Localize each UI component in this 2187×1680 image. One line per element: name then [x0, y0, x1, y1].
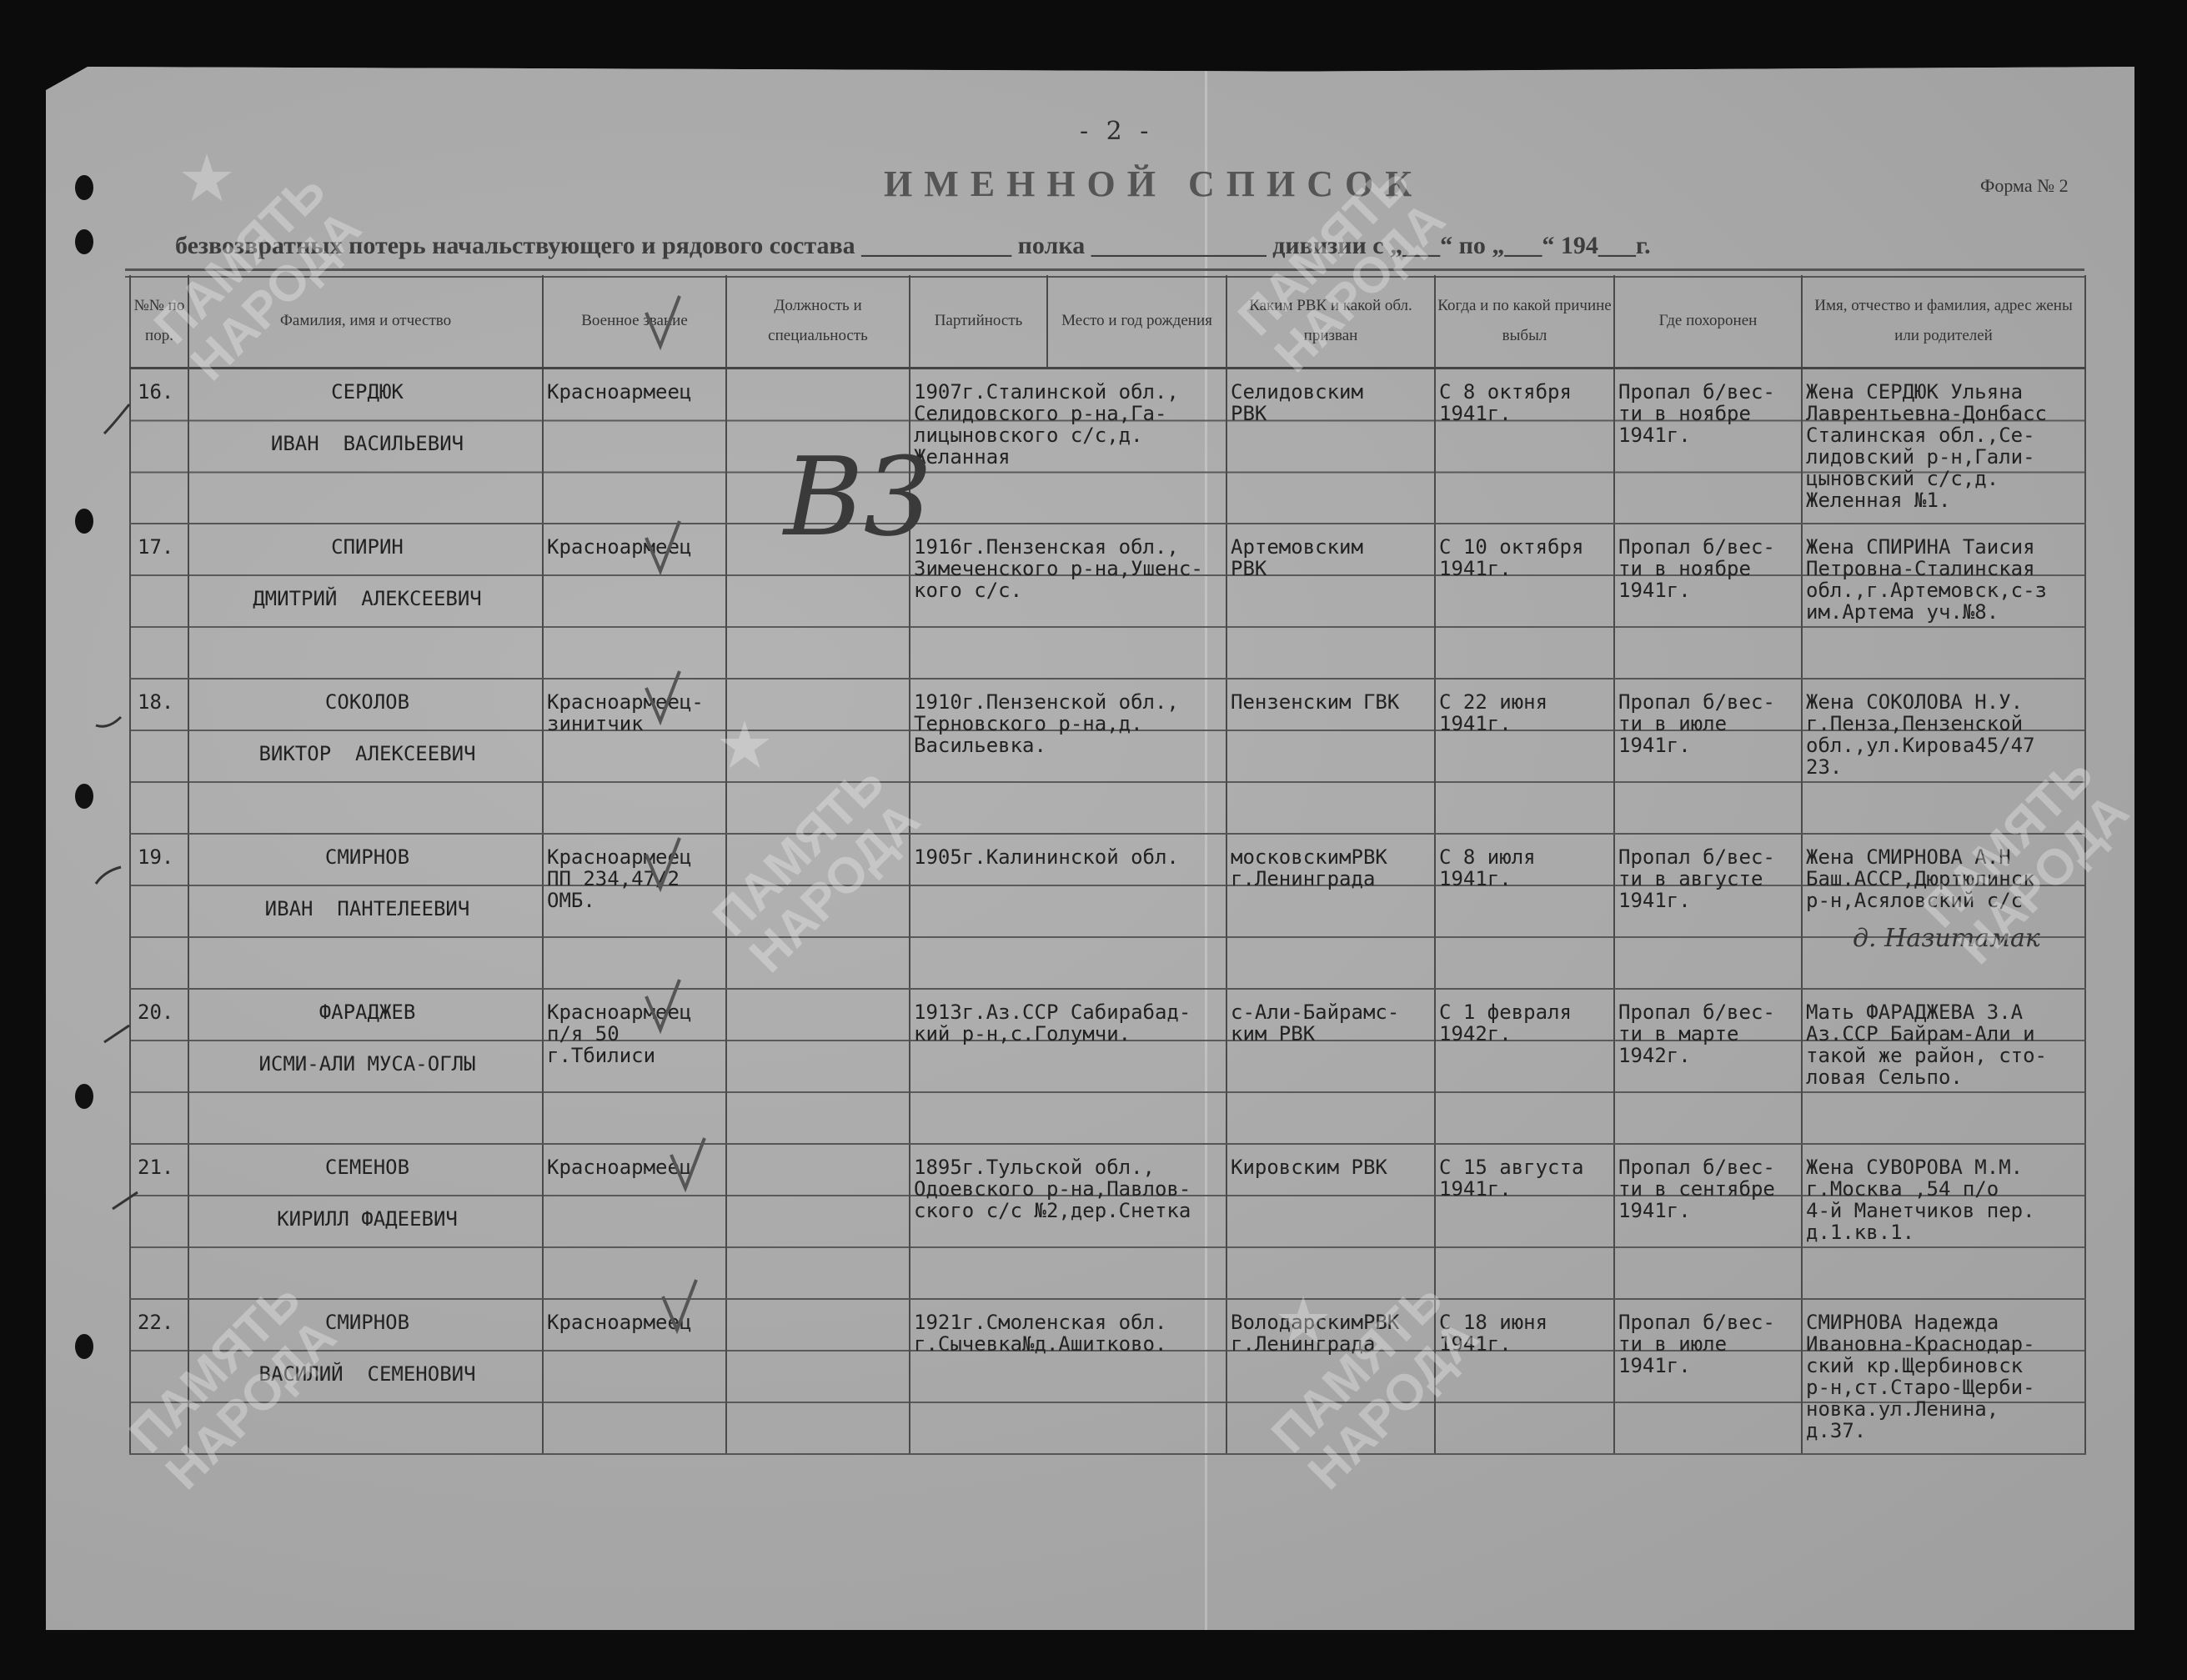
col-header-rank: Военное звание — [543, 275, 726, 369]
margin-tick-icon — [108, 1184, 142, 1217]
rank: Красноармеец — [544, 524, 725, 558]
col-header-relatives: Имя, отчество и фамилия, адрес жены или … — [1802, 275, 2085, 369]
table-row: 20. ФАРАДЖЕВИСМИ-АЛИ МУСА-ОГЛЫ Красноарм… — [130, 989, 2085, 1144]
birth-info: 1910г.Пензенской обл., Терновского р-на,… — [910, 680, 1226, 756]
table-row: 18. СОКОЛОВВИКТОР АЛЕКСЕЕВИЧ Красноармее… — [130, 679, 2085, 834]
rank: Красноармеец — [544, 369, 725, 403]
punch-hole — [75, 509, 93, 534]
left-date: С 8 октября 1941г. — [1436, 369, 1613, 424]
given-name: ИВАН ПАНТЕЛЕЕВИЧ — [189, 886, 542, 920]
burial: Пропал б/вес- ти в июле 1941г. — [1615, 1300, 1801, 1377]
rank: Красноармеец ПП 234,47/2 ОМБ. — [544, 835, 725, 911]
burial: Пропал б/вес- ти в ноябре 1941г. — [1615, 369, 1801, 446]
given-name: ВИКТОР АЛЕКСЕЕВИЧ — [189, 731, 542, 765]
relatives: Жена СЕРДЮК Ульяна Лаврентьевна-Донбасс … — [1803, 369, 2084, 511]
surname: ФАРАДЖЕВ — [189, 990, 542, 1023]
margin-tick-icon — [92, 859, 125, 892]
handwritten-mark: В3 — [784, 434, 932, 560]
col-header-birth: Место и год рождения — [1047, 275, 1226, 369]
left-date: С 1 февраля 1942г. — [1436, 990, 1613, 1045]
star-icon: ★ — [717, 684, 772, 790]
row-number: 19. — [131, 835, 188, 868]
col-header-when: Когда и по какой причине выбыл — [1435, 275, 1614, 369]
punch-hole — [75, 1334, 93, 1359]
margin-tick-icon — [100, 1017, 133, 1051]
punch-hole — [75, 229, 93, 254]
table-row: 16. СЕРДЮКИВАН ВАСИЛЬЕВИЧ Красноармеец 1… — [130, 369, 2085, 524]
given-name: ИВАН ВАСИЛЬЕВИЧ — [189, 421, 542, 454]
col-header-party: Партийность — [910, 275, 1047, 369]
col-header-rvk: Каким РВК и какой обл. призван — [1226, 275, 1435, 369]
col-header-number: №№ по пор. — [130, 275, 188, 369]
rvk: с-Али-Байрамс- ким РВК — [1227, 990, 1434, 1045]
checkmark-icon — [642, 975, 684, 1034]
punch-hole — [75, 1084, 93, 1109]
casualty-table: №№ по пор. Фамилия, имя и отчество Военн… — [129, 275, 2086, 1455]
relatives: Мать ФАРАДЖЕВА З.А Аз.ССР Байрам-Али и т… — [1803, 990, 2084, 1088]
position — [727, 990, 909, 1001]
burial: Пропал б/вес- ти в марте 1942г. — [1615, 990, 1801, 1066]
table-header-row: №№ по пор. Фамилия, имя и отчество Военн… — [130, 275, 2085, 369]
surname: СОКОЛОВ — [189, 680, 542, 713]
table-row: 22. СМИРНОВВАСИЛИЙ СЕМЕНОВИЧ Красноармее… — [130, 1299, 2085, 1454]
given-name: ВАСИЛИЙ СЕМЕНОВИЧ — [189, 1352, 542, 1385]
relatives: Жена СОКОЛОВА Н.У. г.Пенза,Пензенской об… — [1803, 680, 2084, 778]
row-number: 18. — [131, 680, 188, 713]
birth-info: 1913г.Аз.ССР Сабирабад- кий р-н,с.Голумч… — [910, 990, 1226, 1045]
checkmark-icon — [642, 292, 684, 350]
page-number: - 2 - — [1080, 117, 1153, 146]
rvk: Пензенским ГВК — [1227, 680, 1434, 713]
surname: СМИРНОВ — [189, 1300, 542, 1333]
punch-hole — [75, 784, 93, 809]
burial: Пропал б/вес- ти в ноябре 1941г. — [1615, 524, 1801, 601]
surname: СЕРДЮК — [189, 369, 542, 403]
checkmark-icon — [642, 834, 684, 892]
margin-tick-icon — [100, 400, 133, 442]
row-number: 17. — [131, 524, 188, 558]
rank: Красноармеец п/я 50 г.Тбилиси — [544, 990, 725, 1066]
relatives: Жена СПИРИНА Таисия Петровна-Сталинская … — [1803, 524, 2084, 623]
star-icon: ★ — [1276, 1259, 1331, 1366]
col-header-buried: Где похоронен — [1614, 275, 1802, 369]
given-name: ДМИТРИЙ АЛЕКСЕЕВИЧ — [189, 576, 542, 609]
rvk: московскимРВК г.Ленинграда — [1227, 835, 1434, 890]
surname: СПИРИН — [189, 524, 542, 558]
burial: Пропал б/вес- ти в июле 1941г. — [1615, 680, 1801, 756]
star-icon: ★ — [179, 117, 234, 223]
birth-info: 1905г.Калининской обл. — [910, 835, 1226, 868]
burial: Пропал б/вес- ти в августе 1941г. — [1615, 835, 1801, 911]
surname: СЕМЕНОВ — [189, 1145, 542, 1178]
burial: Пропал б/вес- ти в сентябре 1941г. — [1615, 1145, 1801, 1221]
rvk: Селидовским РВК — [1227, 369, 1434, 424]
left-date: С 22 июня 1941г. — [1436, 680, 1613, 735]
relatives: СМИРНОВА Надежда Ивановна-Краснодар- ски… — [1803, 1300, 2084, 1442]
row-number: 22. — [131, 1300, 188, 1333]
position — [727, 835, 909, 846]
left-date: С 15 августа 1941г. — [1436, 1145, 1613, 1200]
birth-info: 1895г.Тульской обл., Одоевского р-на,Пав… — [910, 1145, 1226, 1221]
checkmark-icon — [642, 517, 684, 575]
handwritten-note: д. Назитамак — [1803, 911, 2084, 950]
row-number: 21. — [131, 1145, 188, 1178]
margin-tick-icon — [92, 709, 125, 734]
form-number: Форма № 2 — [1980, 175, 2069, 197]
left-date: С 18 июня 1941г. — [1436, 1300, 1613, 1355]
position — [727, 1300, 909, 1311]
table-row: 21. СЕМЕНОВКИРИЛЛ ФАДЕЕВИЧ Красноармеец … — [130, 1144, 2085, 1299]
position — [727, 1145, 909, 1156]
table-row: 17. СПИРИНДМИТРИЙ АЛЕКСЕЕВИЧ Красноармее… — [130, 524, 2085, 679]
checkmark-icon — [642, 667, 684, 725]
rank: Красноармеец- зинитчик — [544, 680, 725, 735]
checkmark-icon — [667, 1134, 709, 1192]
checkmark-icon — [659, 1276, 700, 1334]
rvk: Кировским РВК — [1227, 1145, 1434, 1178]
relatives: Жена СМИРНОВА А.Н Баш.АССР,Дюртюлинск р-… — [1803, 835, 2084, 911]
col-header-position: Должность и специальность — [726, 275, 910, 369]
birth-info: 1921г.Смоленская обл. г.Сычевка№д.Ашитко… — [910, 1300, 1226, 1355]
table-row: 19. СМИРНОВИВАН ПАНТЕЛЕЕВИЧ Красноармеец… — [130, 834, 2085, 989]
document-title: ИМЕННОЙ СПИСОК — [884, 163, 1423, 205]
left-date: С 8 июля 1941г. — [1436, 835, 1613, 890]
given-name: ИСМИ-АЛИ МУСА-ОГЛЫ — [189, 1041, 542, 1075]
relatives: Жена СУВОРОВА М.М. г.Москва ,54 п/о 4-й … — [1803, 1145, 2084, 1243]
document-subtitle: безвозвратных потерь начальствующего и р… — [175, 232, 1651, 260]
left-date: С 10 октября 1941г. — [1436, 524, 1613, 579]
rvk: Артемовским РВК — [1227, 524, 1434, 579]
punch-hole — [75, 175, 93, 200]
birth-info: 1916г.Пензенская обл., Зимеченского р-на… — [910, 524, 1226, 601]
position — [727, 369, 909, 381]
birth-info: 1907г.Сталинской обл., Селидовского р-на… — [910, 369, 1226, 468]
row-number: 20. — [131, 990, 188, 1023]
surname: СМИРНОВ — [189, 835, 542, 868]
col-header-name: Фамилия, имя и отчество — [188, 275, 543, 369]
row-number: 16. — [131, 369, 188, 403]
given-name: КИРИЛЛ ФАДЕЕВИЧ — [189, 1196, 542, 1230]
